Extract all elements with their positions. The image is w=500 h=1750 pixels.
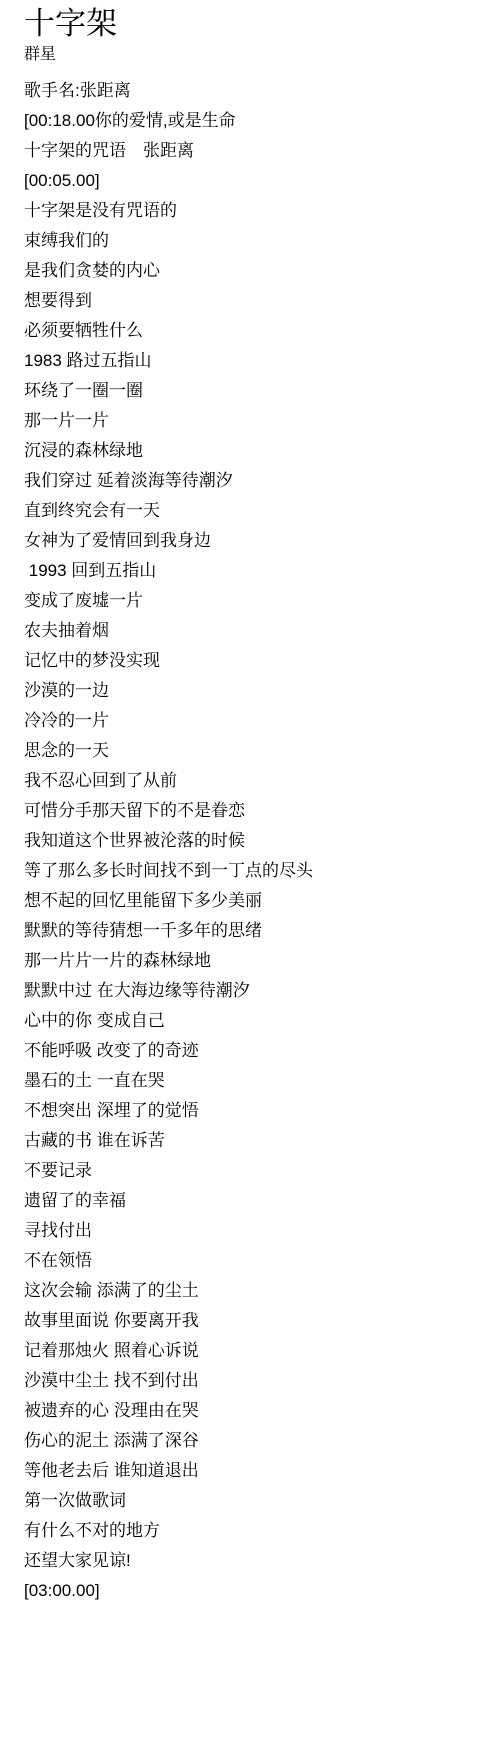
lyric-line: 墨石的土 一直在哭 [24,1066,480,1096]
lyric-line: 想不起的回忆里能留下多少美丽 [24,886,480,916]
lyric-line: [00:05.00] [24,166,480,196]
lyric-line: 那一片一片 [24,406,480,436]
lyric-line: 冷冷的一片 [24,706,480,736]
lyric-line: 寻找付出 [24,1216,480,1246]
lyric-line: 这次会输 添满了的尘土 [24,1276,480,1306]
lyric-line: 有什么不对的地方 [24,1516,480,1546]
lyric-line: 故事里面说 你要离开我 [24,1306,480,1336]
lyric-line: 1983 路过五指山 [24,346,480,376]
lyric-line: 环绕了一圈一圈 [24,376,480,406]
lyric-line: 等了那么多长时间找不到一丁点的尽头 [24,856,480,886]
lyric-line: 默默中过 在大海边缘等待潮汐 [24,976,480,1006]
lyric-line: 沙漠中尘土 找不到付出 [24,1366,480,1396]
lyric-line: 我不忍心回到了从前 [24,766,480,796]
lyric-line: 不能呼吸 改变了的奇迹 [24,1036,480,1066]
lyric-line: 可惜分手那天留下的不是眷恋 [24,796,480,826]
lyric-line: 必须要牺牲什么 [24,316,480,346]
lyric-line: 沙漠的一边 [24,676,480,706]
lyric-line: 农夫抽着烟 [24,616,480,646]
lyric-line: 想要得到 [24,286,480,316]
lyric-line: 记着那烛火 照着心诉说 [24,1336,480,1366]
lyric-line: 古藏的书 谁在诉苦 [24,1126,480,1156]
lyric-line: 十字架的咒语 张距离 [24,136,480,166]
lyric-line: 束缚我们的 [24,226,480,256]
lyric-line: 思念的一天 [24,736,480,766]
lyric-line: 我们穿过 延着淡海等待潮汐 [24,466,480,496]
lyric-line: 心中的你 变成自己 [24,1006,480,1036]
lyric-line: 伤心的泥土 添满了深谷 [24,1426,480,1456]
lyric-line: 我知道这个世界被沦落的时候 [24,826,480,856]
lyric-line: 第一次做歌词 [24,1486,480,1516]
lyric-line: 不在领悟 [24,1246,480,1276]
lyrics-page: 十字架 群星 歌手名:张距离[00:18.00你的爱情,或是生命十字架的咒语 张… [0,0,500,1606]
lyric-line: 是我们贪婪的内心 [24,256,480,286]
song-title: 十字架 [24,4,480,44]
lyric-line: [03:00.00] [24,1576,480,1606]
lyric-line: 1993 回到五指山 [24,556,480,586]
lyric-line: [00:18.00你的爱情,或是生命 [24,106,480,136]
lyric-line: 遗留了的幸福 [24,1186,480,1216]
lyric-line: 记忆中的梦没实现 [24,646,480,676]
lyric-line: 不要记录 [24,1156,480,1186]
lyric-line: 默默的等待猜想一千多年的思绪 [24,916,480,946]
lyric-line: 还望大家见谅! [24,1546,480,1576]
lyric-line: 沉浸的森林绿地 [24,436,480,466]
lyric-line: 女神为了爱情回到我身边 [24,526,480,556]
lyric-line: 等他老去后 谁知道退出 [24,1456,480,1486]
lyric-line: 十字架是没有咒语的 [24,196,480,226]
artist-name: 群星 [24,44,480,66]
lyric-line: 那一片片一片的森林绿地 [24,946,480,976]
lyric-line: 变成了废墟一片 [24,586,480,616]
lyric-line: 不想突出 深埋了的觉悟 [24,1096,480,1126]
lyric-line: 被遗弃的心 没理由在哭 [24,1396,480,1426]
lyric-line: 歌手名:张距离 [24,76,480,106]
lyric-line: 直到终究会有一天 [24,496,480,526]
lyrics-block: 歌手名:张距离[00:18.00你的爱情,或是生命十字架的咒语 张距离[00:0… [24,76,480,1606]
